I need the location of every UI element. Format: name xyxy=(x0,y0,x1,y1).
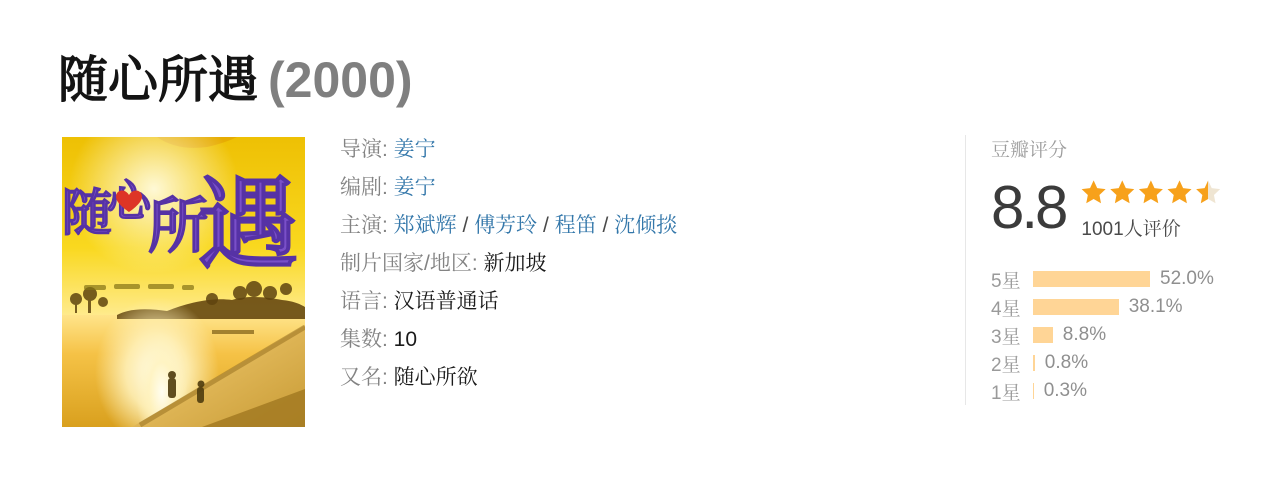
info-label: 又名: xyxy=(340,366,394,389)
info-link[interactable]: 程笛 xyxy=(555,214,597,237)
rating-percent: 0.3% xyxy=(1044,380,1087,402)
movie-title: 随心所遇 xyxy=(58,52,258,108)
poster-art: 随 心 所 遇 xyxy=(62,137,305,427)
info-row: 主演: 郑斌辉 / 傅芳玲 / 程笛 / 沈倾掞 xyxy=(340,207,677,245)
rating-bar xyxy=(1033,383,1034,399)
info-value: 随心所欲 xyxy=(394,366,478,389)
info-value: 10 xyxy=(394,328,417,351)
rating-section-title: 豆瓣评分 xyxy=(991,135,1265,162)
star-icon-full xyxy=(1111,180,1135,203)
star-rating xyxy=(1081,179,1221,205)
rating-main: 8.8 1001人评价 xyxy=(991,178,1265,241)
poster-image[interactable]: 随 心 所 遇 xyxy=(62,137,305,427)
rating-breakdown-row: 1星0.3% xyxy=(991,377,1265,405)
info-label: 主演: xyxy=(340,214,394,237)
info-row: 又名: 随心所欲 xyxy=(340,359,677,397)
star-icon-full xyxy=(1139,180,1163,203)
star-level-label: 1星 xyxy=(991,378,1033,405)
rating-score: 8.8 xyxy=(991,178,1065,238)
page-title: 随心所遇(2000) xyxy=(58,40,413,112)
rating-bar xyxy=(1033,327,1053,343)
poster-boat xyxy=(212,330,254,334)
star-level-label: 4星 xyxy=(991,294,1033,321)
info-link[interactable]: 姜宁 xyxy=(394,176,436,199)
info-separator: / xyxy=(597,214,615,237)
info-row: 语言: 汉语普通话 xyxy=(340,283,677,321)
rating-bar xyxy=(1033,299,1119,315)
star-icon-full xyxy=(1082,180,1106,203)
info-label: 集数: xyxy=(340,328,394,351)
rating-breakdown-row: 2星0.8% xyxy=(991,349,1265,377)
info-label: 语言: xyxy=(340,290,394,313)
info-row: 导演: 姜宁 xyxy=(340,131,677,169)
star-icons xyxy=(1081,179,1221,205)
poster-char-4: 遇 xyxy=(198,169,298,281)
info-link[interactable]: 姜宁 xyxy=(394,138,436,161)
rating-percent: 0.8% xyxy=(1045,352,1088,374)
rating-right: 1001人评价 xyxy=(1081,178,1221,241)
rating-breakdown: 5星52.0%4星38.1%3星8.8%2星0.8%1星0.3% xyxy=(991,265,1265,405)
star-level-label: 3星 xyxy=(991,322,1033,349)
info-link[interactable]: 傅芳玲 xyxy=(474,214,537,237)
info-row: 制片国家/地区: 新加坡 xyxy=(340,245,677,283)
star-icon-half xyxy=(1197,180,1221,203)
douban-rating-panel: 豆瓣评分 8.8 1001人评价 5星52.0%4星38.1%3星8.8%2星0… xyxy=(965,135,1265,405)
rating-bar xyxy=(1033,355,1035,371)
info-link[interactable]: 郑斌辉 xyxy=(394,214,457,237)
movie-info-list: 导演: 姜宁编剧: 姜宁主演: 郑斌辉 / 傅芳玲 / 程笛 / 沈倾掞制片国家… xyxy=(340,131,677,397)
rating-percent: 8.8% xyxy=(1063,324,1106,346)
info-row: 集数: 10 xyxy=(340,321,677,359)
star-icon-full xyxy=(1168,180,1192,203)
rating-breakdown-row: 4星38.1% xyxy=(991,293,1265,321)
info-separator: / xyxy=(457,214,475,237)
info-value: 汉语普通话 xyxy=(394,290,499,313)
rating-votes-link[interactable]: 1001人评价 xyxy=(1081,214,1221,241)
info-label: 编剧: xyxy=(340,176,394,199)
star-level-label: 5星 xyxy=(991,266,1033,293)
info-value: 新加坡 xyxy=(484,252,547,275)
star-level-label: 2星 xyxy=(991,350,1033,377)
rating-breakdown-row: 3星8.8% xyxy=(991,321,1265,349)
info-row: 编剧: 姜宁 xyxy=(340,169,677,207)
rating-percent: 52.0% xyxy=(1160,268,1214,290)
rating-breakdown-row: 5星52.0% xyxy=(991,265,1265,293)
movie-year: (2000) xyxy=(268,52,413,108)
rating-bar xyxy=(1033,271,1150,287)
info-label: 制片国家/地区: xyxy=(340,252,484,275)
info-link[interactable]: 沈倾掞 xyxy=(614,214,677,237)
info-separator: / xyxy=(537,214,555,237)
rating-percent: 38.1% xyxy=(1129,296,1183,318)
poster-char-1: 随 xyxy=(62,185,112,241)
info-label: 导演: xyxy=(340,138,394,161)
